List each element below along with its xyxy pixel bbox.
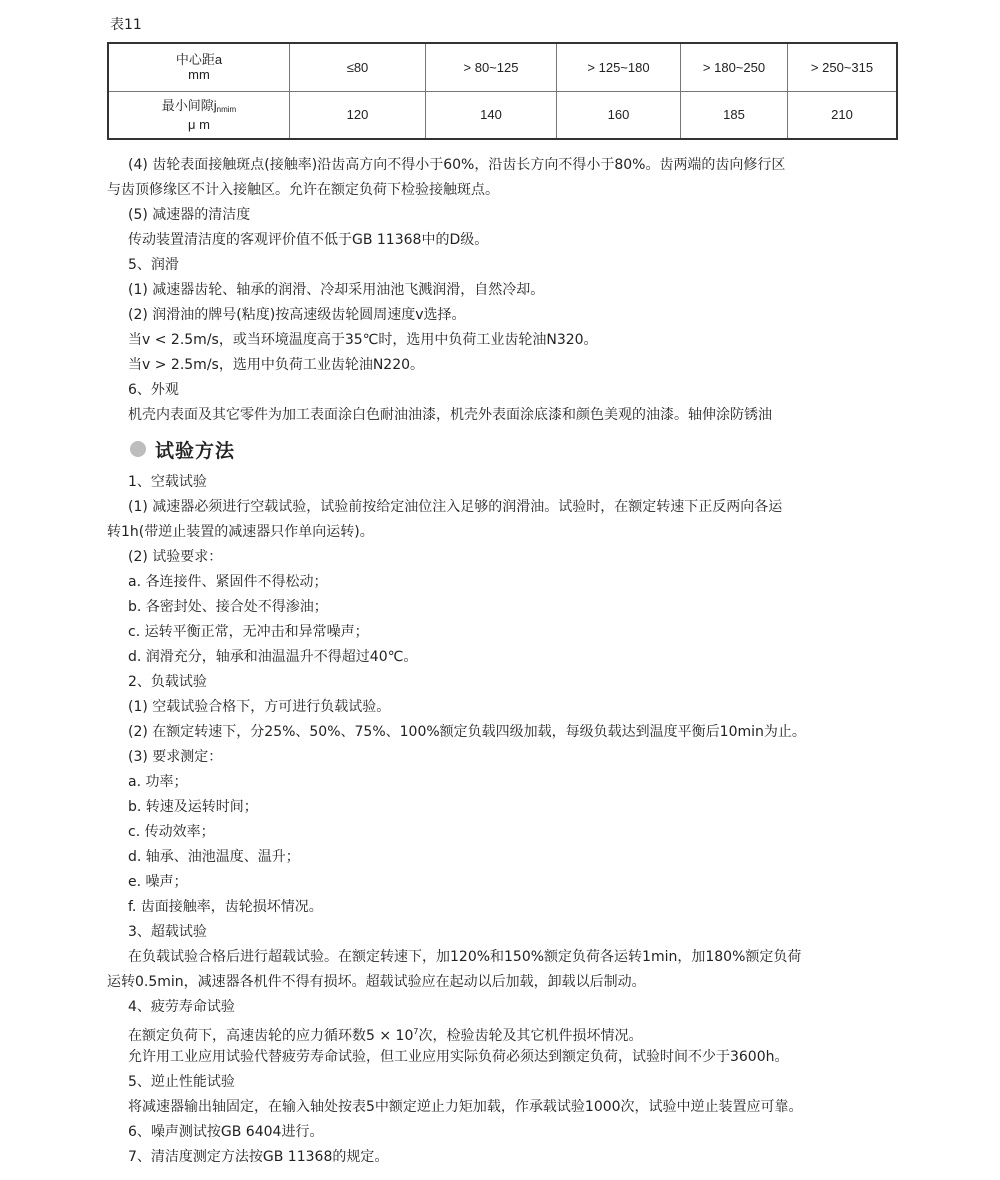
table-cell: 210 [788,91,898,139]
paragraph: 允许用工业应用试验代替疲劳寿命试验，但工业应用实际负荷必须达到额定负荷，试验时间… [128,1047,789,1067]
paragraph: 运转0.5min，减速器各机件不得有损坏。超载试验应在起动以后加载，卸载以后制动… [107,972,646,992]
subsection-title: (2) 试验要求： [128,547,222,567]
paragraph: (1) 减速器齿轮、轴承的润滑、冷却采用油池飞溅润滑，自然冷却。 [128,280,544,300]
header-min-clearance: 最小间隙jnmim μ m [108,91,290,139]
header-unit: mm [188,67,210,82]
table-row: 中心距a mm ≤80 > 80~125 > 125~180 > 180~250… [108,43,897,91]
section-title: 1、空载试验 [128,472,207,492]
paragraph: 在额定负荷下，高速齿轮的应力循环数5 × 107次，检验齿轮及其它机件损坏情况。 [128,1022,642,1046]
list-item: b. 各密封处、接合处不得渗油； [128,597,328,617]
list-item: d. 轴承、油池温度、温升； [128,847,300,867]
header-center-distance: 中心距a mm [108,43,290,91]
header-label: 最小间隙j [162,98,217,113]
section-title: 6、噪声测试按GB 6404进行。 [128,1122,323,1142]
paragraph: 当v < 2.5m/s，或当环境温度高于35℃时，选用中负荷工业齿轮油N320。 [128,330,598,350]
paragraph: (2) 在额定转速下，分25%、50%、75%、100%额定负载四级加载，每级负… [128,722,806,742]
paragraph: (4) 齿轮表面接触斑点(接触率)沿齿高方向不得小于60%，沿齿长方向不得小于8… [128,155,785,175]
header-label: 中心距a [176,52,222,67]
paragraph: 传动装置清洁度的客观评价值不低于GB 11368中的D级。 [128,230,488,250]
list-item: a. 各连接件、紧固件不得松动； [128,572,327,592]
paragraph: 当v > 2.5m/s，选用中负荷工业齿轮油N220。 [128,355,424,375]
subsection-title: (3) 要求测定： [128,747,222,767]
table-cell: 140 [426,91,557,139]
list-item: e. 噪声； [128,872,188,892]
list-item: c. 传动效率； [128,822,215,842]
text-segment: 在额定负荷下，高速齿轮的应力循环数5 × 10 [128,1028,413,1044]
list-item: b. 转速及运转时间； [128,797,258,817]
section-title: 7、清洁度测定方法按GB 11368的规定。 [128,1147,388,1167]
clearance-table: 中心距a mm ≤80 > 80~125 > 125~180 > 180~250… [107,42,898,140]
header-subscript: nmim [217,105,237,114]
table-cell: > 80~125 [426,43,557,91]
paragraph: 在负载试验合格后进行超载试验。在额定转速下，加120%和150%额定负荷各运转1… [128,947,801,967]
list-item: a. 功率； [128,772,187,792]
section-title: 3、超载试验 [128,922,207,942]
paragraph: (2) 润滑油的牌号(粘度)按高速级齿轮圆周速度v选择。 [128,305,466,325]
paragraph: 将减速器输出轴固定，在输入轴处按表5中额定逆止力矩加载，作承载试验1000次，试… [128,1097,803,1117]
table-cell: 185 [681,91,788,139]
paragraph: 机壳内表面及其它零件为加工表面涂白色耐油油漆，机壳外表面涂底漆和颜色美观的油漆。… [128,405,772,425]
subsection-title: (5) 减速器的清洁度 [128,205,250,225]
section-title: 5、润滑 [128,255,179,275]
table-cell: > 250~315 [788,43,898,91]
list-item: d. 润滑充分，轴承和油温温升不得超过40℃。 [128,647,417,667]
section-title: 6、外观 [128,380,179,400]
table-cell: > 125~180 [557,43,681,91]
section-title: 4、疲劳寿命试验 [128,997,235,1017]
section-title: 2、负载试验 [128,672,207,692]
heading-text: 试验方法 [155,436,235,463]
table-cell: > 180~250 [681,43,788,91]
table-cell: ≤80 [290,43,426,91]
paragraph: (1) 空载试验合格下，方可进行负载试验。 [128,697,390,717]
list-item: f. 齿面接触率，齿轮损坏情况。 [128,897,323,917]
paragraph: (1) 减速器必须进行空载试验，试验前按给定油位注入足够的润滑油。试验时，在额定… [128,497,782,517]
header-unit: μ m [188,117,210,132]
table-caption: 表11 [110,14,142,34]
circle-bullet-icon [130,441,146,457]
section-title: 5、逆止性能试验 [128,1072,235,1092]
test-methods-heading: 试验方法 [130,436,235,462]
list-item: c. 运转平衡正常，无冲击和异常噪声； [128,622,369,642]
table-row: 最小间隙jnmim μ m 120 140 160 185 210 [108,91,897,139]
table-cell: 120 [290,91,426,139]
text-segment: 次，检验齿轮及其它机件损坏情况。 [418,1028,642,1044]
paragraph: 转1h(带逆止装置的减速器只作单向运转)。 [107,522,374,542]
table-cell: 160 [557,91,681,139]
paragraph: 与齿顶修缘区不计入接触区。允许在额定负荷下检验接触斑点。 [107,180,499,200]
